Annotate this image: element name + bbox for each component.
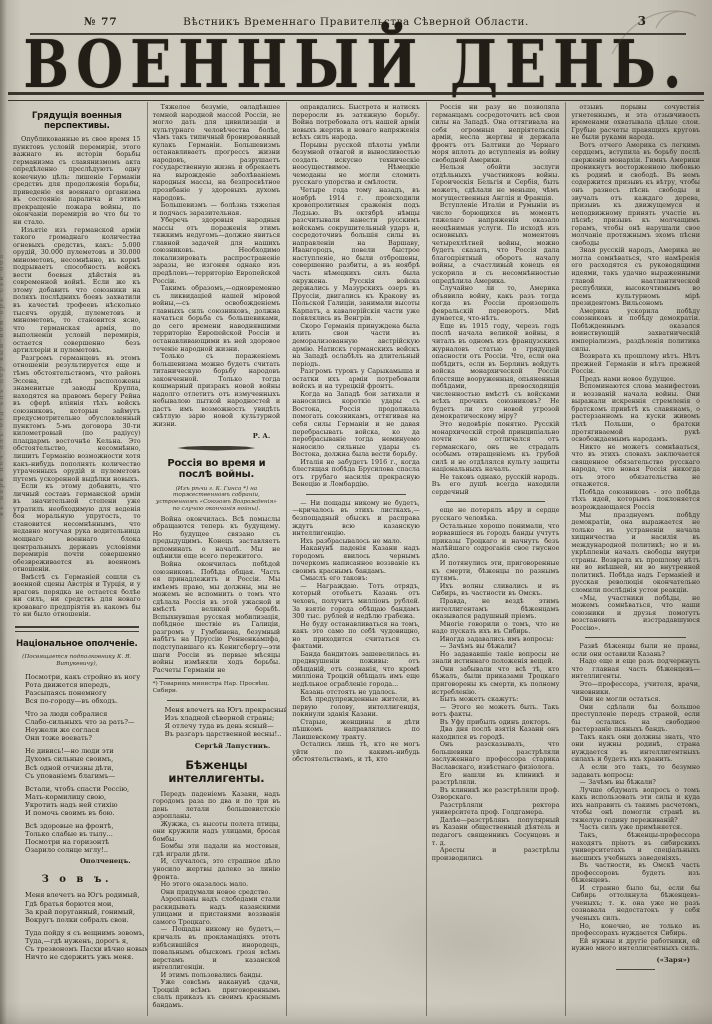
paragraph: оправдались. Быстрота и натискъ переросл… bbox=[292, 104, 420, 142]
scan-artifact-curl bbox=[604, 2, 704, 62]
paragraph: Никто не можетъ сомнѣваться, что въ этих… bbox=[571, 444, 700, 489]
paragraph: Мы празднуемъ побѣду демократіи, она выр… bbox=[571, 512, 700, 595]
paragraph: Старые, женщины и дѣти пѣшкомъ направлял… bbox=[292, 719, 420, 742]
text-column-3: оправдались. Быстрота и натискъ переросл… bbox=[287, 102, 427, 1016]
paragraph: Разгромъ германцевъ въ этомъ отношеніи р… bbox=[13, 355, 141, 483]
masthead-rule bbox=[8, 92, 704, 101]
signature: Р. А. bbox=[153, 432, 271, 440]
paragraph: — Награждаю. Тотъ отрядъ, который отобье… bbox=[292, 583, 420, 621]
paragraph: Наканунѣ паденія Казани надъ городомъ яв… bbox=[292, 545, 420, 575]
section-rule bbox=[585, 637, 686, 638]
paragraph: Такимъ образомъ,—одновременно съ ликвида… bbox=[153, 285, 281, 353]
paragraph: Возврата къ прошлому нѣтъ. Нѣтъ прежней … bbox=[571, 353, 700, 376]
poem-stanza: Всѣ здоровые на фронтѣ,Только слабые въ … bbox=[25, 822, 141, 854]
poem-stanza: Меня влечетъ на Югъ родимый,Гдѣ братья б… bbox=[25, 891, 141, 923]
paragraph: Еще въ 1915 году, черезъ годъ послѣ нача… bbox=[432, 323, 560, 421]
paragraph: Они сдѣлали бы большое преступленіе пере… bbox=[571, 704, 700, 734]
paragraph: Два дня послѣ взятія Казани онъ находилс… bbox=[432, 726, 560, 741]
paragraph: еще не потерялъ вѣру и сердце русскаго ч… bbox=[432, 507, 560, 522]
paragraph: А если это такъ, то безумно задавать воп… bbox=[571, 764, 700, 779]
paragraph: Тяжелое безуміе, овладѣвшее темной народ… bbox=[153, 104, 281, 202]
text-column-2: Тяжелое безуміе, овладѣвшее темной народ… bbox=[148, 102, 288, 1016]
paragraph: Разстрѣляли ректора университета проф. Г… bbox=[432, 802, 560, 817]
paragraph: Аэропланы надъ слободами стали раскидыва… bbox=[153, 896, 281, 926]
text-column-1: Грядущія военныя перспективы.Опубликован… bbox=[8, 102, 148, 1016]
paragraph: Россія ни разу не позволяла германцамъ с… bbox=[432, 104, 560, 164]
paragraph: Многіе говорили о томъ, что не надо пуск… bbox=[432, 621, 560, 636]
paragraph: Случайно ли то, Америка объявила войну, … bbox=[432, 285, 560, 323]
paragraph: Италія не забудетъ 1916 г., когда блестя… bbox=[292, 459, 420, 489]
article-heading: З о в ъ. bbox=[13, 875, 141, 885]
paragraph: Банда бандитовъ зашевелилась въ предвкуш… bbox=[292, 651, 420, 689]
paragraph: Уберечь здоровыя народныя массы отъ пора… bbox=[153, 217, 281, 285]
paragraph: Америка ускорила побѣду союзниковъ и поб… bbox=[571, 308, 700, 353]
section-rule bbox=[306, 494, 406, 495]
paragraph: — Этого не можетъ быть. Такъ вотъ факты. bbox=[432, 704, 560, 719]
paragraph: Жужжа, съ высоты полета птицы, они кружи… bbox=[153, 821, 281, 844]
paragraph: Опубликованные въ свое время 15 пунктовъ… bbox=[13, 136, 141, 227]
paragraph: Это недовѣріе понятно. Русскій монархиче… bbox=[432, 421, 560, 474]
section-rule bbox=[15, 626, 139, 632]
paragraph: Вмѣстѣ съ Германіей сошли съ военной сце… bbox=[13, 574, 141, 619]
paragraph: «Мы, участники побѣды, не можемъ сомнѣва… bbox=[571, 595, 700, 633]
paragraph: Вступленіе Италіи и Румыніи въ число бор… bbox=[432, 202, 560, 285]
text-column-4: Россія ни разу не позволяла германцамъ с… bbox=[427, 102, 567, 1016]
poem-stanza: Не дивись!—но люди этиДухомъ сильные сво… bbox=[25, 747, 141, 779]
paragraph: Правда, не вездѣ этимъ интеллигентамъ бѣ… bbox=[432, 598, 560, 621]
paragraph: Война окончилась. Всѣ помыслы обращаются… bbox=[153, 516, 281, 561]
paragraph: Нельзя обойти заслуги отдѣльныхъ участни… bbox=[432, 164, 560, 202]
paragraph: — Пощады никому не будетъ,—кричалъ въ пр… bbox=[153, 926, 281, 971]
poem-stanza: Что за люди собралисяСлабо-сильныхъ что … bbox=[25, 710, 141, 742]
paragraph: Остальные хорошо понимали, что ворвавшіе… bbox=[432, 523, 560, 561]
poem-stanza: Туда пойду я съ вещнимъ зовомъ,Туда,—гдѣ… bbox=[25, 929, 141, 961]
paragraph: Ей нужны и другіе работники, ей нужно мн… bbox=[571, 938, 700, 953]
paragraph: Только съ пораженіемъ большевизма можно … bbox=[153, 353, 281, 428]
editorial-note: (Посвящается подполковнику К. Я. Витукев… bbox=[13, 654, 141, 668]
paragraph: Всѣ предупрежденные жители, въ первую го… bbox=[292, 696, 420, 719]
poem-stanza: Посмотри, какъ стройно въ ногуРота движе… bbox=[25, 673, 141, 705]
section-rule bbox=[155, 678, 221, 679]
paragraph: Далѣе—разстрѣлянъ популярный въ Казани о… bbox=[432, 817, 560, 847]
paragraph: Передъ паденіемъ Казани, надъ городомъ р… bbox=[153, 791, 281, 821]
section-rule bbox=[446, 501, 546, 502]
poem-stanza: Встали, чтобъ спасти Россію,Мать-кормили… bbox=[25, 785, 141, 817]
footnote: *) Товарищъ министра Нар. Просвѣщ. Сибир… bbox=[153, 681, 281, 695]
article-columns: Грядущія военныя перспективы.Опубликован… bbox=[8, 102, 706, 1016]
section-rule bbox=[616, 969, 655, 970]
paragraph: Онъ разсказывалъ, что большевики разстрѣ… bbox=[432, 741, 560, 771]
article-heading: Россія во время и послѣ войны. bbox=[153, 458, 281, 481]
paragraph: Если къ этому добавить, что личный соста… bbox=[13, 483, 141, 574]
paragraph: Бомбы эти падали на мостовыя, гдѣ играли… bbox=[153, 843, 281, 858]
paragraph: Надо еще и еще разъ подчеркнуть что глав… bbox=[571, 658, 700, 681]
paragraph: Вотъ отчего Америка съ легкимъ сердцемъ,… bbox=[571, 142, 700, 248]
paragraph: И странно было бы, если бы Сибирь оттолк… bbox=[571, 885, 700, 923]
text-column-5: отзывъ порывы сочувствія угнетеннымъ, и … bbox=[566, 102, 706, 1016]
editorial-note: (Изъ рѣчи г. К. Гинса *) на торжественно… bbox=[153, 486, 281, 513]
section-rule bbox=[167, 700, 267, 701]
paragraph: Развѣ бѣженцы были не правы, если они ос… bbox=[571, 643, 700, 658]
paragraph: Его нашли въ клиникѣ и разстрѣляли. bbox=[432, 772, 560, 787]
paragraph: Такъ какъ они должны знать, что они нужн… bbox=[571, 734, 700, 764]
paragraph: Но задававшіе такіе вопросы не знали ист… bbox=[432, 651, 560, 666]
margin-scribbles: въ нарк печ алѣ отд ѣлъ пер вый ном еръ … bbox=[0, 96, 11, 516]
paragraph: Не таковъ однако, русскій народъ. Въ его… bbox=[432, 474, 560, 497]
article-heading: Національное ополченіе. bbox=[13, 639, 141, 649]
paragraph: отзывъ порывы сочувствія угнетеннымъ, и … bbox=[571, 104, 700, 142]
paragraph: Въ частности, въ Омскѣ часть профессоров… bbox=[571, 862, 700, 885]
paragraph: Они забывали что всѣ тѣ, кто бѣжалъ, был… bbox=[432, 666, 560, 696]
paragraph: — Ни пощады никому не будетъ,—кричалось … bbox=[292, 500, 420, 538]
paragraph: Побѣда союзниковъ - это побѣда тѣхъ идей… bbox=[571, 489, 700, 512]
paragraph: Ихъ волны сливались и въ Сибирь, въ част… bbox=[432, 583, 560, 598]
paragraph: Когда на Западѣ бои затихали и наносилис… bbox=[292, 391, 420, 459]
paragraph: Разгромъ турокъ у Сарыкамыша и остатки и… bbox=[292, 368, 420, 391]
paragraph: Война окончилась побѣдой союзниковъ. Поб… bbox=[153, 561, 281, 674]
paragraph: Лучше обдумать вопросъ о томъ какъ испол… bbox=[571, 787, 700, 825]
signature: Ополченецъ. bbox=[13, 857, 131, 865]
paragraph: Остались лишь тѣ, кто не могъ уйти по ка… bbox=[292, 741, 420, 764]
signature: Сергѣй Лапустинъ. bbox=[153, 742, 271, 750]
signature: («Заря») bbox=[571, 956, 690, 964]
paragraph: Скоро Германія принуждена была влить сво… bbox=[292, 323, 420, 368]
paragraph: Это—профессора, учителя, врачи, чиновник… bbox=[571, 681, 700, 696]
poem-stanza: Меня влечетъ на Югъ прекрасныйИзъ хладно… bbox=[165, 706, 281, 738]
paragraph: Изъятіе изъ германской арміи такого гром… bbox=[13, 227, 141, 355]
paragraph: Не буду останавливаться на томъ, какъ эт… bbox=[292, 621, 420, 651]
paragraph: Такъ, бѣженцы-профессора находятъ пріютъ… bbox=[571, 832, 700, 862]
paragraph: Уже совсѣмъ наканунѣ сдачи, Троцкій всѣм… bbox=[153, 979, 281, 1009]
paragraph: И потянулись эти, приговоренные къ смерт… bbox=[432, 560, 560, 583]
paragraph: Порывы русской пѣхоты умѣли безумной отв… bbox=[292, 142, 420, 187]
article-heading: Бѣженцы интеллигенты. bbox=[153, 759, 281, 785]
paragraph: Въ клиникѣ же разстрѣляли проф. Озворска… bbox=[432, 787, 560, 802]
paragraph: Зная русскій народъ, Америка не могла со… bbox=[571, 247, 700, 307]
paragraph: И, случалось, это страшное дѣло уносило … bbox=[153, 858, 281, 881]
paragraph: Аресты и разстрѣлы производились bbox=[432, 847, 560, 862]
paragraph: Большевизмъ — болѣзнь тяжелая и подчасъ … bbox=[153, 202, 281, 217]
ornament-divider bbox=[177, 446, 255, 451]
article-heading: Грядущія военныя перспективы. bbox=[13, 111, 141, 131]
paragraph: Вспоминаются слова манифестовъ и воззван… bbox=[571, 383, 700, 443]
paragraph: Но, конечно, не только въ профессорахъ н… bbox=[571, 923, 700, 938]
paragraph: Четыре года тому назадъ, въ ноябрѣ 1914 … bbox=[292, 187, 420, 323]
newspaper-page: въ нарк печ алѣ отд ѣлъ пер вый ном еръ … bbox=[0, 0, 712, 1024]
